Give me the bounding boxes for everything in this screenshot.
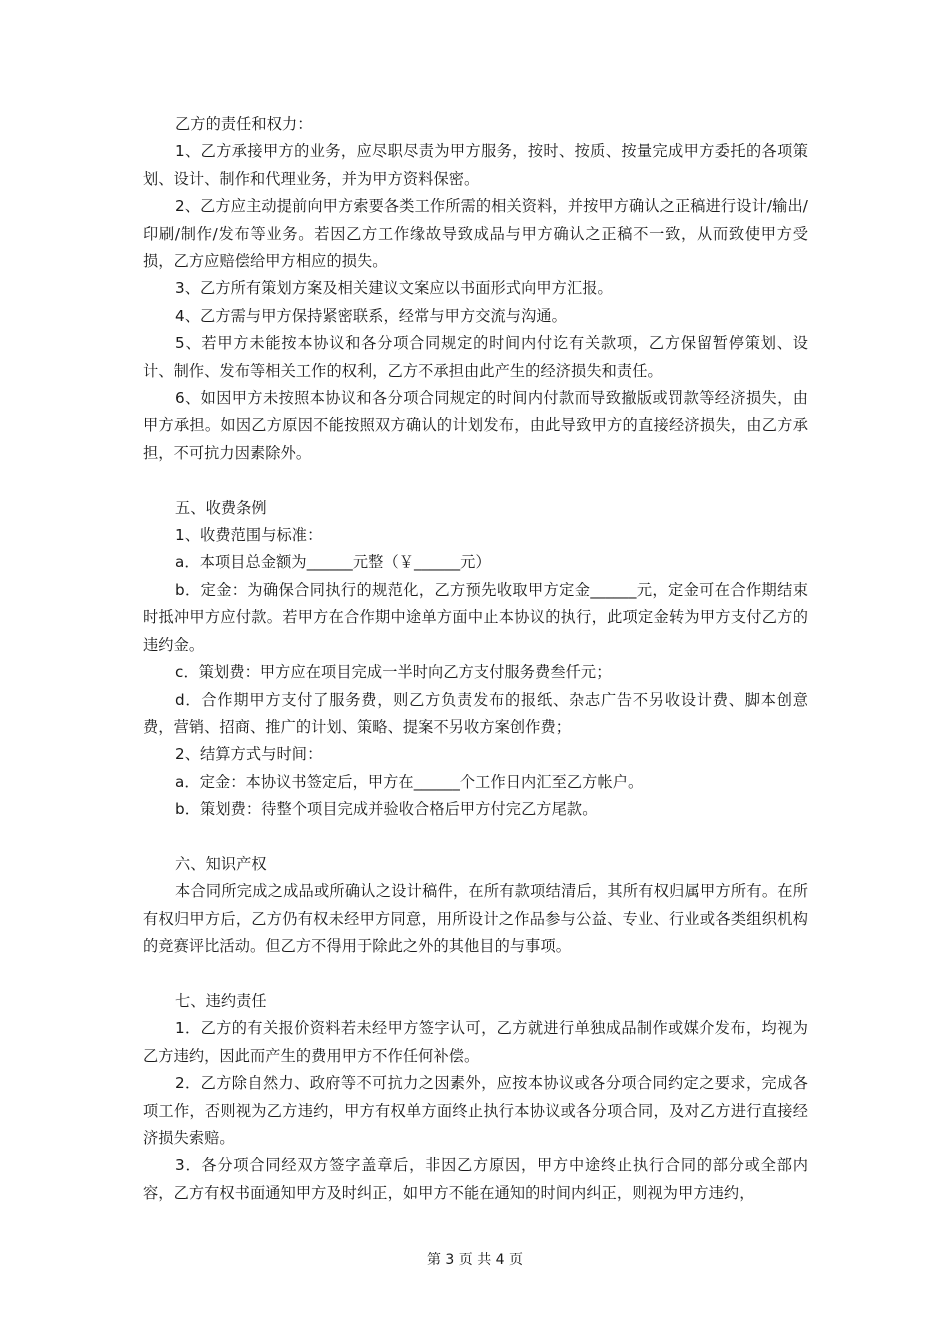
fees-line-1: 1、收费范围与标准：: [143, 522, 808, 549]
party-b-item-4: 4、乙方需与甲方保持紧密联系，经常与甲方交流与沟通。: [143, 303, 808, 330]
fees-line-2: a．本项目总金额为______元整（￥______元）: [143, 549, 808, 576]
spacer: [143, 961, 808, 988]
section-heading-ip: 六、知识产权: [143, 851, 808, 878]
party-b-item-6: 6、如因甲方未按照本协议和各分项合同规定的时间内付款而导致撤版或罚款等经济损失，…: [143, 385, 808, 467]
breach-item-1: 1．乙方的有关报价资料若未经甲方签字认可，乙方就进行单独成品制作或媒介发布，均视…: [143, 1015, 808, 1070]
party-b-item-3: 3、乙方所有策划方案及相关建议文案应以书面形式向甲方汇报。: [143, 275, 808, 302]
fees-line-6: 2、结算方式与时间：: [143, 741, 808, 768]
party-b-item-1: 1、乙方承接甲方的业务，应尽职尽责为甲方服务，按时、按质、按量完成甲方委托的各项…: [143, 138, 808, 193]
section-heading-fees: 五、收费条例: [143, 495, 808, 522]
ip-paragraph: 本合同所完成之成品或所确认之设计稿件，在所有款项结清后，其所有权归属甲方所有。在…: [143, 878, 808, 960]
fees-line-4: c．策划费：甲方应在项目完成一半时向乙方支付服务费叁仟元；: [143, 659, 808, 686]
section-heading-party-b: 乙方的责任和权力：: [143, 111, 808, 138]
section-heading-breach: 七、违约责任: [143, 988, 808, 1015]
fees-line-8: b．策划费：待整个项目完成并验收合格后甲方付完乙方尾款。: [143, 796, 808, 823]
page-number-footer: 第 3 页 共 4 页: [0, 1249, 950, 1269]
document-page: 乙方的责任和权力： 1、乙方承接甲方的业务，应尽职尽责为甲方服务，按时、按质、按…: [143, 111, 808, 1207]
party-b-item-2: 2、乙方应主动提前向甲方索要各类工作所需的相关资料，并按甲方确认之正稿进行设计/…: [143, 193, 808, 275]
spacer: [143, 467, 808, 494]
party-b-item-5: 5、若甲方未能按本协议和各分项合同规定的时间内付讫有关款项，乙方保留暂停策划、设…: [143, 330, 808, 385]
fees-line-7: a．定金：本协议书签定后，甲方在______个工作日内汇至乙方帐户。: [143, 769, 808, 796]
fees-line-3: b．定金：为确保合同执行的规范化，乙方预先收取甲方定金______元，定金可在合…: [143, 577, 808, 659]
breach-item-2: 2．乙方除自然力、政府等不可抗力之因素外，应按本协议或各分项合同约定之要求，完成…: [143, 1070, 808, 1152]
fees-line-5: d．合作期甲方支付了服务费，则乙方负责发布的报纸、杂志广告不另收设计费、脚本创意…: [143, 687, 808, 742]
breach-item-3: 3．各分项合同经双方签字盖章后，非因乙方原因，甲方中途终止执行合同的部分或全部内…: [143, 1152, 808, 1207]
spacer: [143, 824, 808, 851]
